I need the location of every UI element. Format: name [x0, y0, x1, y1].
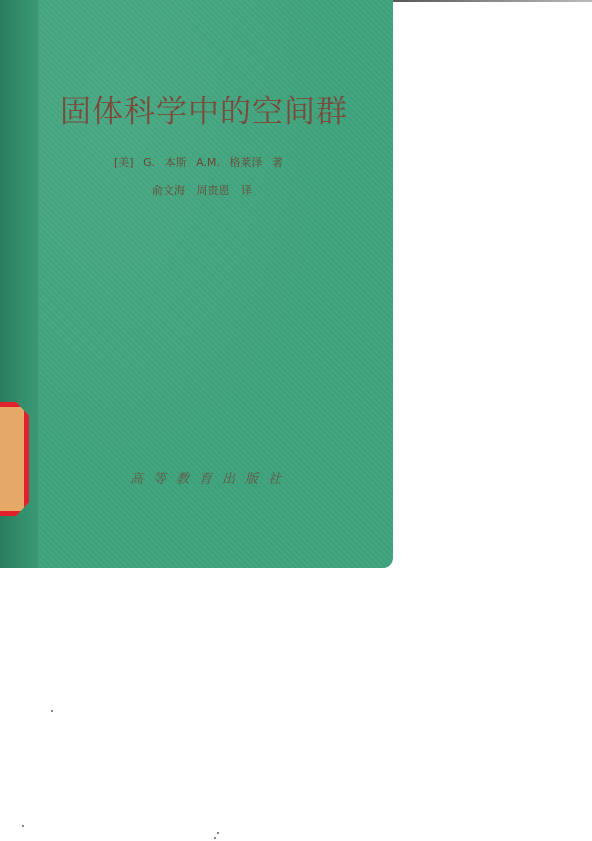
- scan-speck: [22, 825, 24, 827]
- book-publisher: 高等教育出版社: [130, 468, 291, 487]
- book-translators: 俞文海 周贵恩 译: [152, 182, 252, 198]
- book-authors: [美] G. 本斯 A.M. 格莱泽 著: [114, 154, 283, 170]
- library-label-sticker: [0, 402, 29, 516]
- scan-speck: [214, 837, 216, 839]
- book-title: 固体科学中的空间群: [60, 86, 350, 131]
- scan-speck: [51, 710, 53, 712]
- scan-speck: [217, 832, 219, 834]
- book-cover: 固体科学中的空间群 [美] G. 本斯 A.M. 格莱泽 著 俞文海 周贵恩 译…: [0, 0, 393, 568]
